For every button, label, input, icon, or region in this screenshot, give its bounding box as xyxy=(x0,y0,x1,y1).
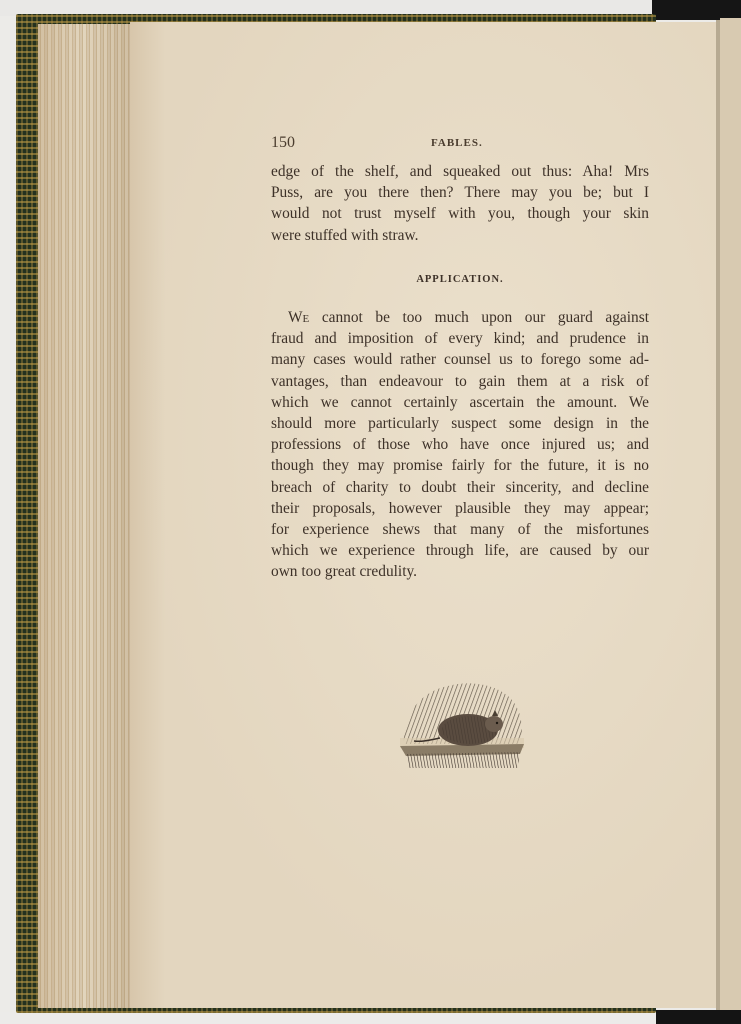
text-line: which we cannot certainly ascertain the … xyxy=(271,392,649,413)
scan-dark-corner-top xyxy=(652,0,741,20)
text-line: many cases would rather counsel us to fo… xyxy=(271,349,649,370)
text-line: professions of those who have once injur… xyxy=(271,434,649,455)
running-title: FABLES. xyxy=(431,137,483,149)
text-line: Puss, are you there then? There may you … xyxy=(271,182,649,203)
text-line-first: We cannot be too much upon our guard aga… xyxy=(271,307,649,328)
text-line: their proposals, however plausible they … xyxy=(271,498,649,519)
scan-background-bottom xyxy=(0,1012,741,1024)
application-heading: APPLICATION. xyxy=(271,274,649,285)
text-line: though they may promise fairly for the f… xyxy=(271,455,649,476)
text-line: vantages, than endeavour to gain them at… xyxy=(271,371,649,392)
text-line-rest: cannot be too much upon our guard agains… xyxy=(322,309,649,326)
text-line: which we experience through life, are ca… xyxy=(271,540,649,561)
text-line: should more particularly suspect some de… xyxy=(271,413,649,434)
text-line: would not trust myself with you, though … xyxy=(271,203,649,224)
application-text: We cannot be too much upon our guard aga… xyxy=(271,307,649,583)
text-line: for experience shews that many of the mi… xyxy=(271,519,649,540)
page-gutter xyxy=(716,20,720,1010)
text-line: were stuffed with straw. xyxy=(271,225,649,246)
small-caps-first-word: We xyxy=(288,309,309,326)
adjacent-page-edge xyxy=(720,18,741,1010)
mouse-engraving-illustration xyxy=(400,678,524,770)
text-line: own too great credulity. xyxy=(271,561,649,582)
text-line: breach of charity to doubt their sinceri… xyxy=(271,477,649,498)
scan-dark-corner-bottom xyxy=(656,1010,741,1024)
page-header: 150 FABLES. xyxy=(271,134,651,154)
text-line: fraud and imposition of every kind; and … xyxy=(271,328,649,349)
fable-continuation-text: edge of the shelf, and squeaked out thus… xyxy=(271,161,649,246)
text-line: edge of the shelf, and squeaked out thus… xyxy=(271,161,649,182)
page-number: 150 xyxy=(271,134,295,152)
